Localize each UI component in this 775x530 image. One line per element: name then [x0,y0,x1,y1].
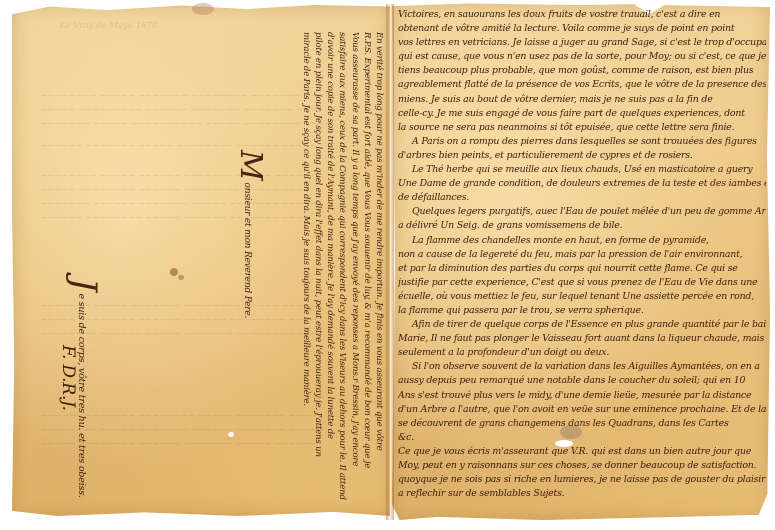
bleed-through-text: ​~~~~~~~~ ~~~~~ ~~~~~~ ~~~~~~~ ~~~~~ ~~~… [40,170,317,183]
bleed-through-text: ​~~~~~~~ ~~~~~~ ~~~~~~~ ~~~~~ ~~~~~~~ ~~… [40,198,317,211]
text-line: Ans s'est trouvé plus vers le midy, d'un… [398,389,766,403]
text-line: non a cause de la legereté du feu, mais … [398,248,766,262]
text-line: Marie, Il ne faut pas plonger le Vaissea… [398,332,766,346]
text-line: satisfaire aux miens, ceux de la Compagn… [336,32,348,512]
manuscript-scan: ​Le Vray de Mayo 1670 ​~~~~~~~~ ~~~~~ ~~… [0,0,775,530]
text-line: la source ne sera pas neanmoins si tôt e… [398,121,766,135]
text-line: d'un Arbre a l'autre, que l'on avoit en … [398,403,766,417]
text-line: miracle de Paris. Je ne sçay ce qu'il en… [300,32,312,512]
text-line: Le Thé herbe qui se meuille aux lieux ch… [398,163,766,177]
text-line: Vous asseurasse de sa part. Il y a long … [348,32,360,512]
signature-initials: F. D.R.J. [58,345,78,411]
text-line: obtenant de vôtre amitié la lecture. Voi… [398,22,766,36]
text-line: quoyque je ne sois pas si riche en lumie… [398,473,766,487]
text-line: Afin de tirer de quelque corps de l'Esse… [398,318,766,332]
bleed-through-text: ​~~~~~~ ~~~~~~~ ~~~~~ ~~~~~~~~ ~~~~~~ ~~… [40,140,317,153]
text-line: pilote en plein jour. Je sçay long quel … [312,32,324,512]
text-line: et par la diminution des parties du corp… [398,262,766,276]
text-line: agreablement flatté de la présence de vo… [398,78,766,92]
text-line: Si l'on observe souvent de la variation … [398,360,766,374]
bleed-through-text: ​~~~~~ ~~~~~~~~~ ~~~~~~ ~~~~~~~ ~~~~~~~ … [40,104,324,117]
text-line: R.P.S. Experimental est fort aidé, que V… [361,32,373,512]
bleed-through-text: ​~~~~~~ ~~~~~~~~ ~~~~~ ~~~~~~ ~~~~~~~ ~~… [40,212,310,225]
text-line: Ce que je vous écris m'asseurant que V.R… [398,445,766,459]
text-line: Quelques legers purgatifs, auec l'Eau de… [398,205,766,219]
text-line: A Paris on a rompu des pierres dans lesq… [398,135,766,149]
text-line: miens. Je suis au bout de vôtre dernier,… [398,93,766,107]
text-line: justifie par cette experience, C'est que… [398,276,766,290]
salutation-address: Monsieur et mon Reverend Pere. [233,150,268,318]
text-line: &c. [398,431,766,445]
ink-stain [170,268,178,276]
center-fold [386,4,394,520]
text-line: d'arbres bien peints, et particulieremen… [398,149,766,163]
text-line: La flamme des chandelles monte en haut, … [398,234,766,248]
text-line: En verité trop long pour ne pas m'inder … [373,32,385,512]
text-line: écuelle, où vous mettiez le feu, sur leq… [398,290,766,304]
text-line: seulement a la profondeur d'un doigt ou … [398,346,766,360]
right-page-text: Victoires, en sauourans les doux fruits … [398,8,766,501]
text-line: Victoires, en sauourans les doux fruits … [398,8,766,22]
text-line: qui est cause, que vous n'en usez pas de… [398,50,766,64]
salutation-text: onsieur et mon Reverend Pere. [242,183,252,319]
text-line: de défaillances. [398,191,766,205]
wax-mark [192,3,214,15]
text-line: a reflechir sur de semblables Sujets. [398,487,766,501]
text-line: a délivré Un Seig. de grans vomissemens … [398,219,766,233]
text-line: Une Dame de grande condition, de douleur… [398,177,766,191]
ink-stain [178,275,184,280]
salutation-initial: M [233,150,268,181]
left-page-rotated-text: En verité trop long pour ne pas m'inder … [300,32,385,512]
text-line: vos lettres en vetricians. Je laisse a j… [398,36,766,50]
text-line: Moy, peut en y raisonnans sur ces choses… [398,459,766,473]
closing-initial: J [64,278,104,291]
bleed-through-text: ​~~~~~~~ ~~~~~ ~~~~~~~~~~ ~~~~~ ~~~~~~~~… [40,118,331,131]
text-line: tiens beaucoup plus probable, que mon go… [398,64,766,78]
text-line: d'avoir une copie de son traité de l'Aym… [324,32,336,512]
text-line: se découvrent de grans changemens dans l… [398,417,766,431]
text-line: la flamme qui passera par le trou, se ve… [398,304,766,318]
text-line: celle-cy. Je me suis engagé de vous fair… [398,107,766,121]
bleed-through-text: ​~~~~~ ~~~~~~~~ ~~~~~~ ~~~~~~~~ ~~~~~ ~~… [40,184,310,197]
bleed-through-text: ​Le Vray de Mayo 1670 [60,20,157,33]
text-line: aussy depuis peu remarqué une notable da… [398,374,766,388]
